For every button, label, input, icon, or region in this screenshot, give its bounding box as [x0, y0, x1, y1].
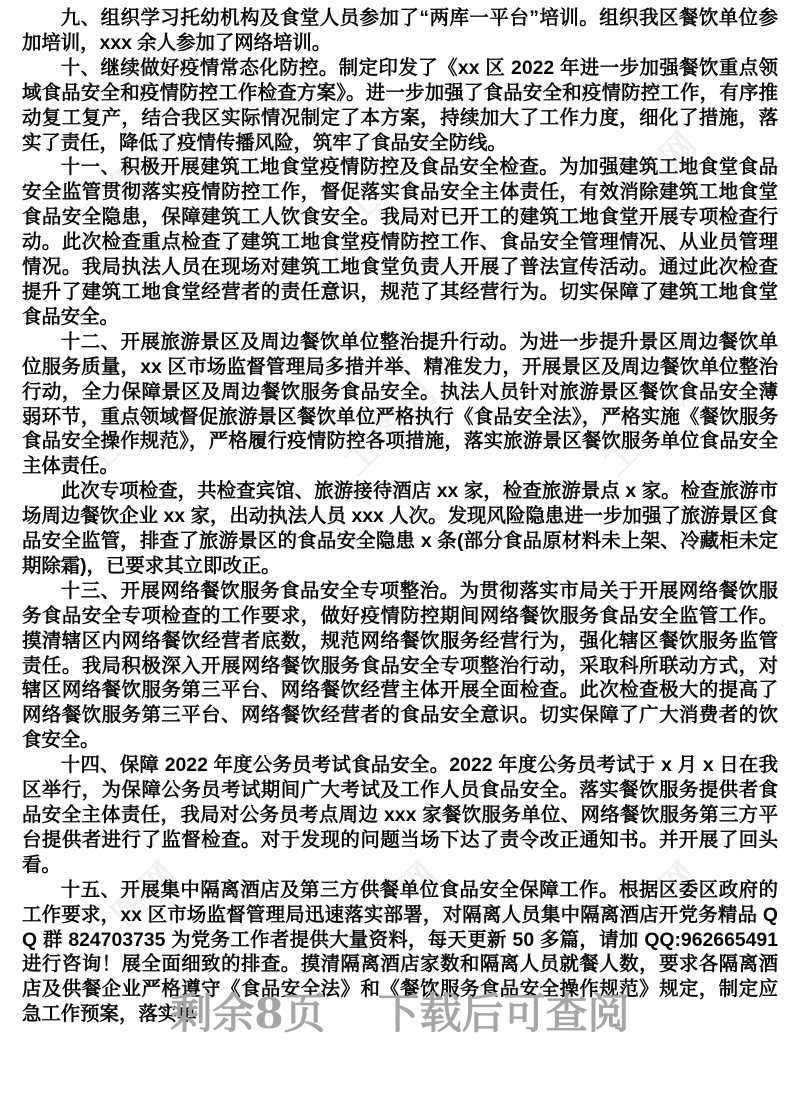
download-hint-label: 下载后可查阅	[378, 989, 630, 1038]
paragraph-14: 十四、保障 2022 年度公务员考试食品安全。2022 年度公务员考试于 x 月…	[22, 753, 778, 878]
paragraph-13: 十三、开展网络餐饮服务食品安全专项整治。为贯彻落实市局关于开展网络餐饮服务食品安…	[22, 579, 778, 753]
remaining-pages-banner: 剩余8页下载后可查阅	[0, 988, 800, 1040]
paragraph-11: 十一、积极开展建筑工地食堂疫情防控及食品安全检查。为加强建筑工地食堂食品安全监管…	[22, 155, 778, 329]
pages-left-label: 剩余8页	[170, 989, 325, 1038]
document-page: 工图网 工图网 工图网 工图网 工图网 工图网 工图网 工图网 工图网 工图网 …	[0, 0, 800, 1096]
paragraph-9: 九、组织学习托幼机构及食堂人员参加了“两库一平台”培训。组织我区餐饮单位参加培训…	[22, 6, 778, 56]
paragraph-10: 十、继续做好疫情常态化防控。制定印发了《xx 区 2022 年进一步加强餐饮重点…	[22, 56, 778, 156]
paragraph-12-continuation: 此次专项检查，共检查宾馆、旅游接待酒店 xx 家，检查旅游景点 x 家。检查旅游…	[22, 479, 778, 579]
document-body: 九、组织学习托幼机构及食堂人员参加了“两库一平台”培训。组织我区餐饮单位参加培训…	[22, 6, 778, 1027]
paragraph-12: 十二、开展旅游景区及周边餐饮单位整治提升行动。为进一步提升景区周边餐饮单位服务质…	[22, 330, 778, 479]
